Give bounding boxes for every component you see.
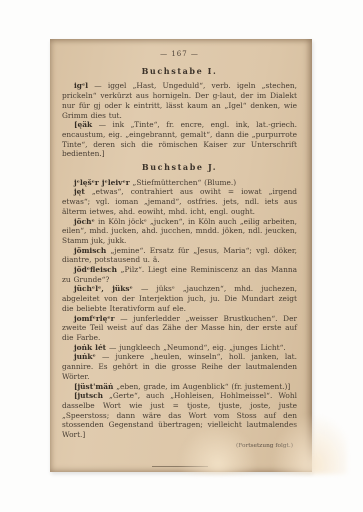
page-number: — 167 — xyxy=(62,50,297,60)
entry-joedfleisch: jödᵉfleisch „Pilz“. Liegt eine Reminisce… xyxy=(62,265,297,284)
section-divider-rule xyxy=(152,466,208,467)
entry-jonk-let: joṅk lét — jungkleech „Neumond“, eig. „j… xyxy=(62,343,297,353)
entry-body: — jungkleech „Neumond“, eig. „junges Lic… xyxy=(106,343,286,352)
entry-headword: jᵉlęšᵉr jᵉleivᵉr xyxy=(74,178,130,187)
entry-headword: jęt xyxy=(74,187,85,196)
entry-joemisch: jömisch „jemine“. Ersatz für „Jesus, Mar… xyxy=(62,246,297,265)
entry-headword: jödᵉfleisch xyxy=(74,265,117,274)
entry-headword: joṅk lét xyxy=(74,343,106,352)
entry-headword: [ęäk xyxy=(74,120,92,129)
entry-igel: igᵉl — iggel „Hast, Ungeduld“, verb. ige… xyxy=(62,81,297,120)
entry-headword: [jüst'mäṅ xyxy=(74,382,113,391)
section-heading-j: Buchstabe J. xyxy=(62,163,297,173)
entry-stiefmuetterchen: jᵉlęšᵉr jᵉleivᵉr „Stiefmütterchen“ (Blum… xyxy=(62,178,297,188)
entry-body: „Stiefmütterchen“ (Blume.) xyxy=(130,178,237,187)
continuation-note: (Fortsetzung folgt.) xyxy=(62,442,297,452)
entry-body: — ink „Tinte“, fr. encre, engl. ink, lat… xyxy=(62,120,297,158)
entry-headword: jomfᵉrlęᵉr xyxy=(74,314,114,323)
entry-headword: igᵉl xyxy=(74,81,88,90)
entry-body: in Köln jöckᵉ „jucken“, in Köln auch „ei… xyxy=(62,217,297,245)
entry-jutsch: [jutsch „Gerte“, auch „Hohleisen, Hohlme… xyxy=(62,391,297,440)
entry-eank: [ęäk — ink „Tinte“, fr. encre, engl. ink… xyxy=(62,120,297,159)
entry-junke: juṅkᵉ — junkere „heulen, winseln“, holl.… xyxy=(62,352,297,381)
entry-joech: jöchᵉ in Köln jöckᵉ „jucken“, in Köln au… xyxy=(62,217,297,246)
entry-juechele: jüchᵉlᵉ, jüksᵉ — jüksᵉ „jauchzen“, mhd. … xyxy=(62,284,297,313)
book-page: — 167 — Buchstabe I. igᵉl — iggel „Hast,… xyxy=(50,39,312,472)
entry-headword: jömisch xyxy=(74,246,106,255)
entry-body: „etwas“, contrahiert aus owiht = iowat „… xyxy=(62,187,297,215)
entry-headword: [jutsch xyxy=(74,391,103,400)
entry-headword: juṅkᵉ xyxy=(74,352,96,361)
entry-juestman: [jüst'mäṅ „eben, grade, im Augenblick“ (… xyxy=(62,382,297,392)
entry-headword: jüchᵉlᵉ, jüksᵉ xyxy=(74,284,133,293)
entry-body: — junkere „heulen, winseln“, holl. janke… xyxy=(62,352,297,380)
entry-body: „eben, grade, im Augenblick“ (fr. justem… xyxy=(113,382,290,391)
section-heading-i: Buchstabe I. xyxy=(62,67,297,77)
entry-jet: jęt „etwas“, contrahiert aus owiht = iow… xyxy=(62,187,297,216)
entry-body: — iggel „Hast, Ungeduld“, verb. igeln „s… xyxy=(62,81,297,119)
entry-headword: jöchᵉ xyxy=(74,217,95,226)
entry-jomferleer: jomfᵉrlęᵉr — junferledder „weisser Brust… xyxy=(62,314,297,343)
page-text-block: — 167 — Buchstabe I. igᵉl — iggel „Hast,… xyxy=(62,50,297,467)
